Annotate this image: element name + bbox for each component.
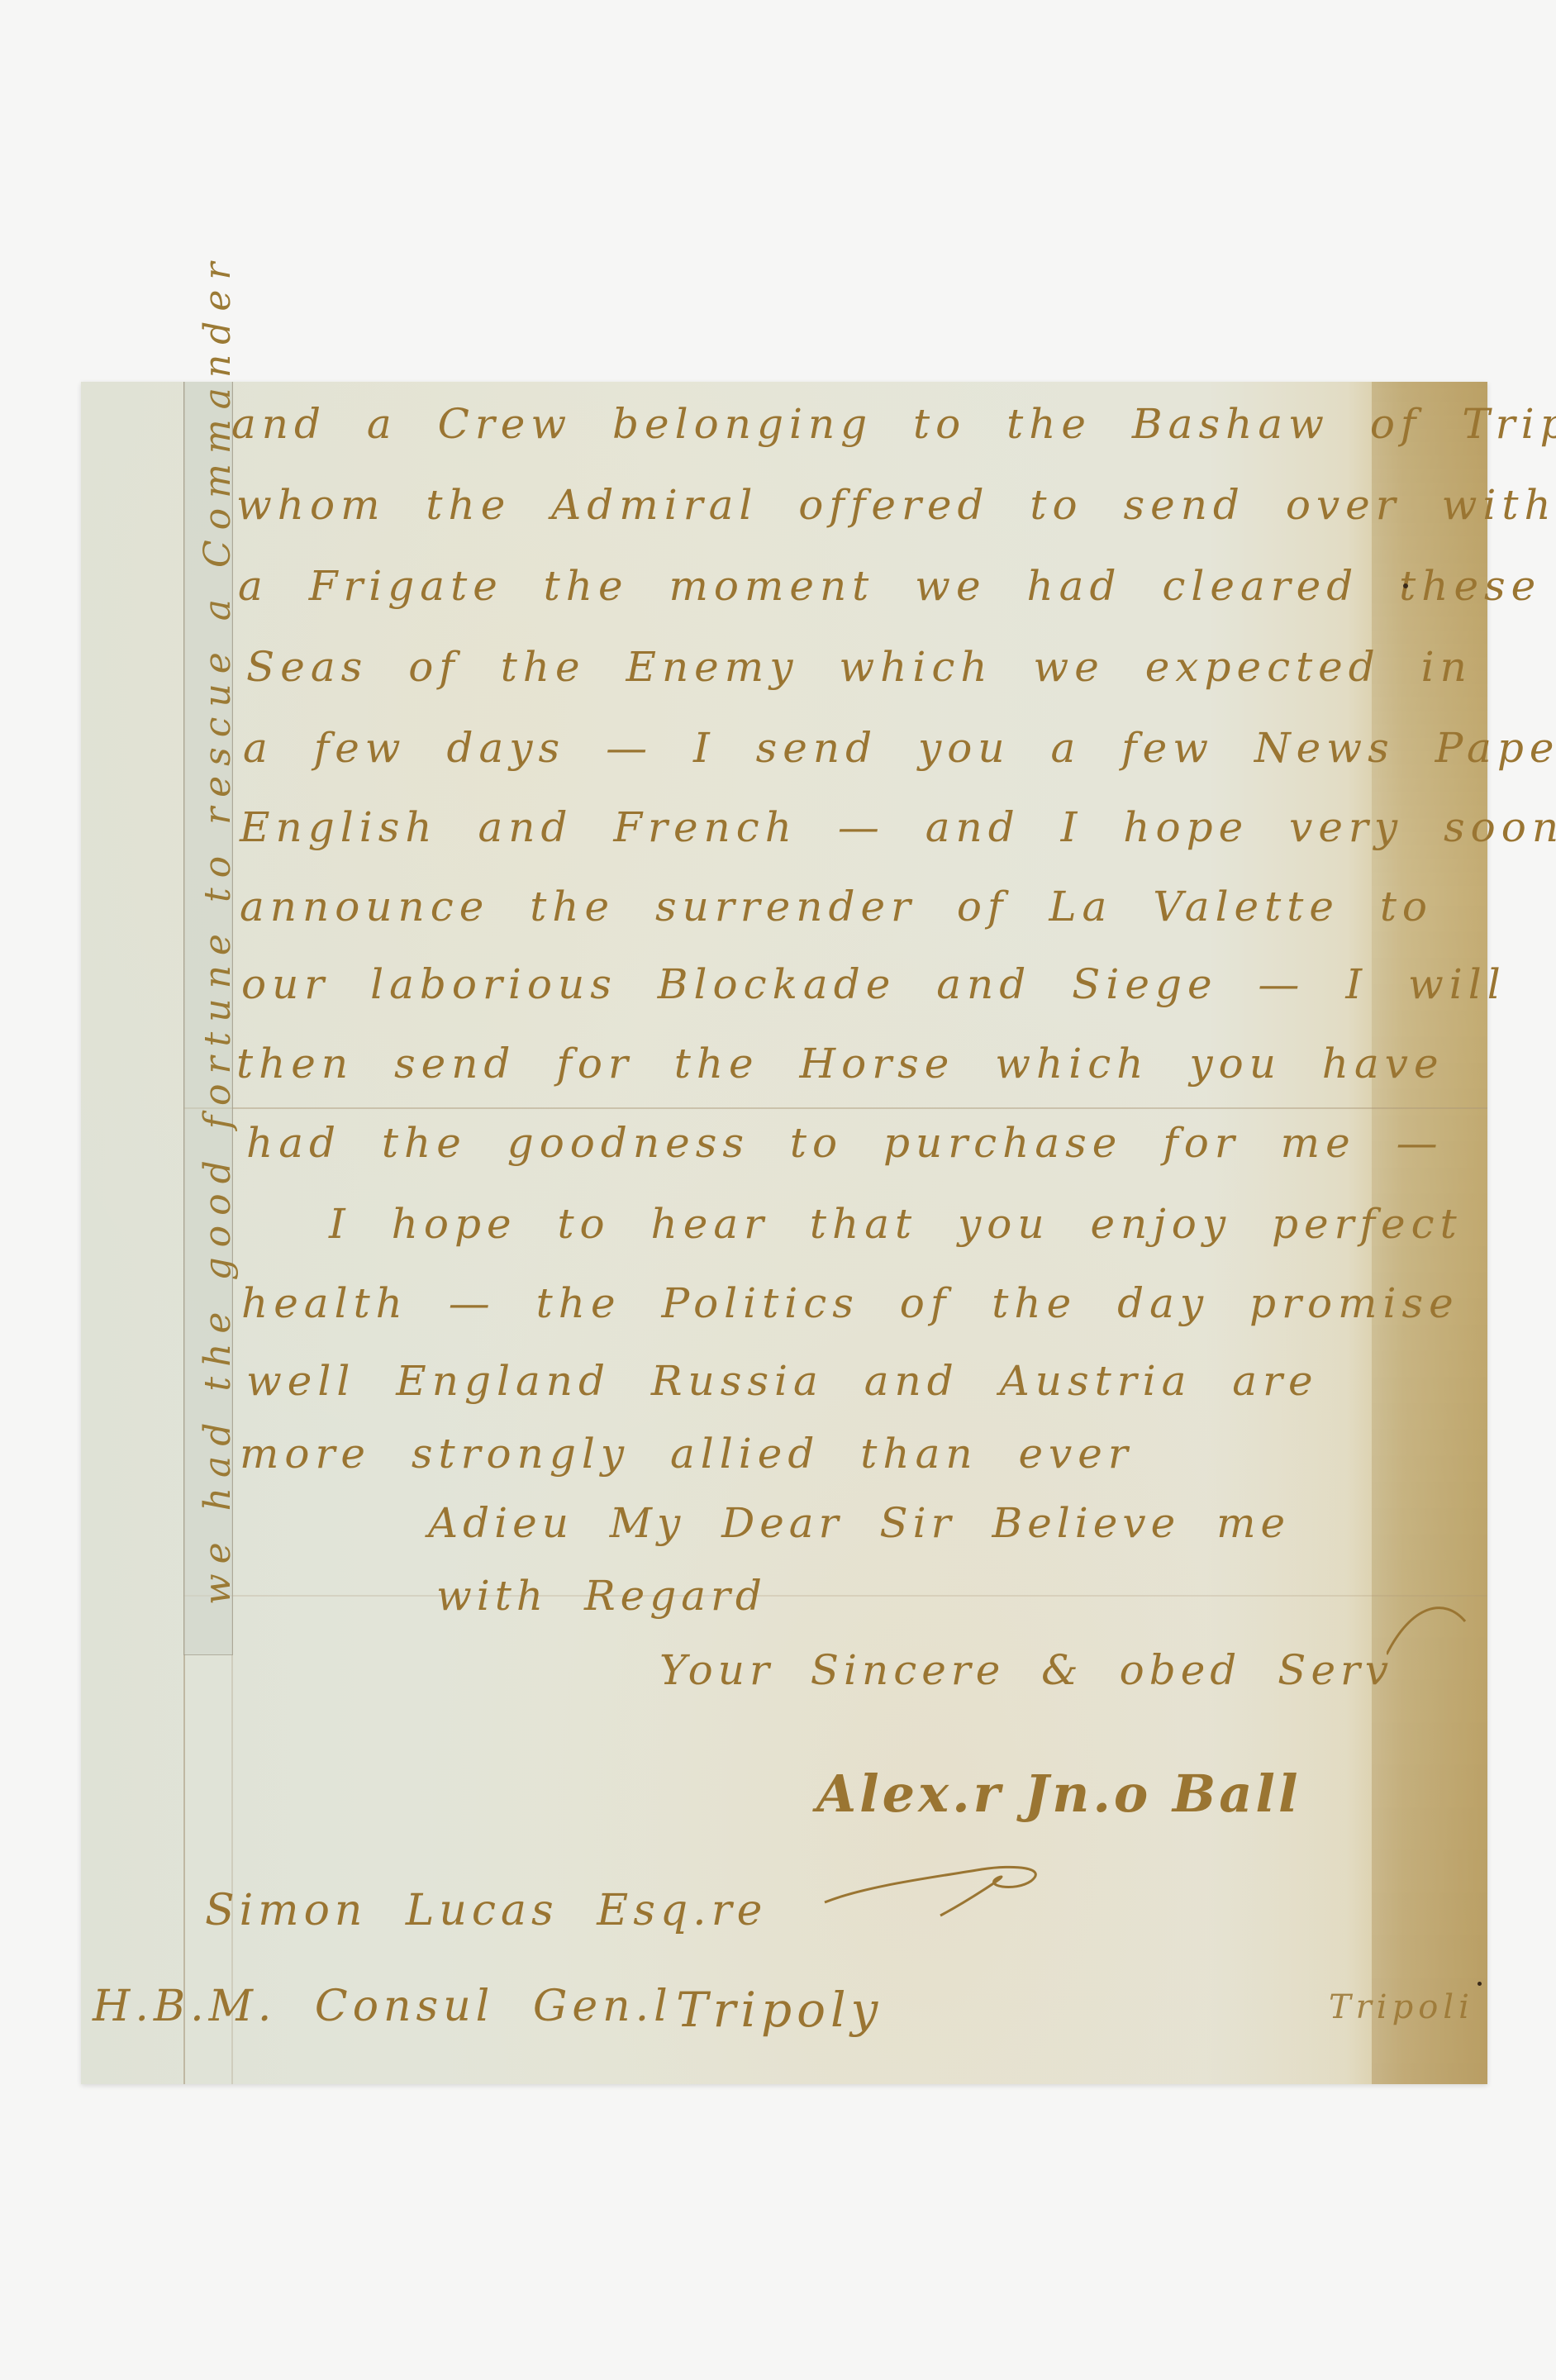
valediction: Adieu My Dear Sir Believe me	[428, 1499, 1290, 1547]
signature-flourish-icon	[816, 1853, 1081, 1919]
photo-backdrop: we had the good fortune to rescue a Comm…	[0, 0, 1556, 2380]
margin-note-strip: we had the good fortune to rescue a Comm…	[183, 382, 233, 1655]
body-line-12: health — the Politics of the day promise	[241, 1279, 1459, 1327]
body-line-6: English and French — and I hope very soo…	[240, 803, 1556, 851]
body-line-3: a Frigate the moment we had cleared thes…	[238, 562, 1541, 610]
ink-speck	[1477, 1982, 1482, 1986]
address-title: H.B.M. Consul Gen.l	[93, 1982, 673, 2031]
body-line-10: had the goodness to purchase for me —	[246, 1119, 1444, 1167]
body-line-4: Seas of the Enemy which we expected in	[246, 643, 1473, 691]
sign-off: Your Sincere & obed Serv	[659, 1646, 1393, 1694]
signature: Alex.r Jn.o Ball	[816, 1764, 1301, 1824]
regard-line: with Regard	[436, 1572, 767, 1620]
body-line-11: I hope to hear that you enjoy perfect	[329, 1200, 1463, 1248]
ink-speck	[1403, 583, 1408, 588]
body-line-14: more strongly allied than ever	[240, 1430, 1134, 1478]
body-line-9: then send for the Horse which you have	[236, 1040, 1444, 1088]
horizontal-fold	[183, 1107, 1487, 1109]
body-line-8: our laborious Blockade and Siege — I wil…	[241, 960, 1506, 1008]
address-place: Tripoly	[676, 1982, 883, 2038]
letter-sheet: we had the good fortune to rescue a Comm…	[81, 382, 1487, 2084]
body-line-5: a few days — I send you a few News Paper…	[243, 724, 1556, 772]
sign-off-flourish-icon	[1387, 1597, 1469, 1663]
margin-note: we had the good fortune to rescue a Comm…	[194, 349, 242, 1638]
horizontal-fold-lower	[183, 1595, 1487, 1597]
address-recipient: Simon Lucas Esq.re	[205, 1886, 767, 1935]
body-line-2: whom the Admiral offered to send over wi…	[236, 481, 1556, 529]
docket-note: Tripoli	[1329, 1988, 1474, 2026]
body-line-13: well England Russia and Austria are	[246, 1357, 1319, 1405]
body-line-7: announce the surrender of La Valette to	[240, 883, 1433, 931]
body-line-1: and a Crew belonging to the Bashaw of Tr…	[231, 400, 1556, 448]
